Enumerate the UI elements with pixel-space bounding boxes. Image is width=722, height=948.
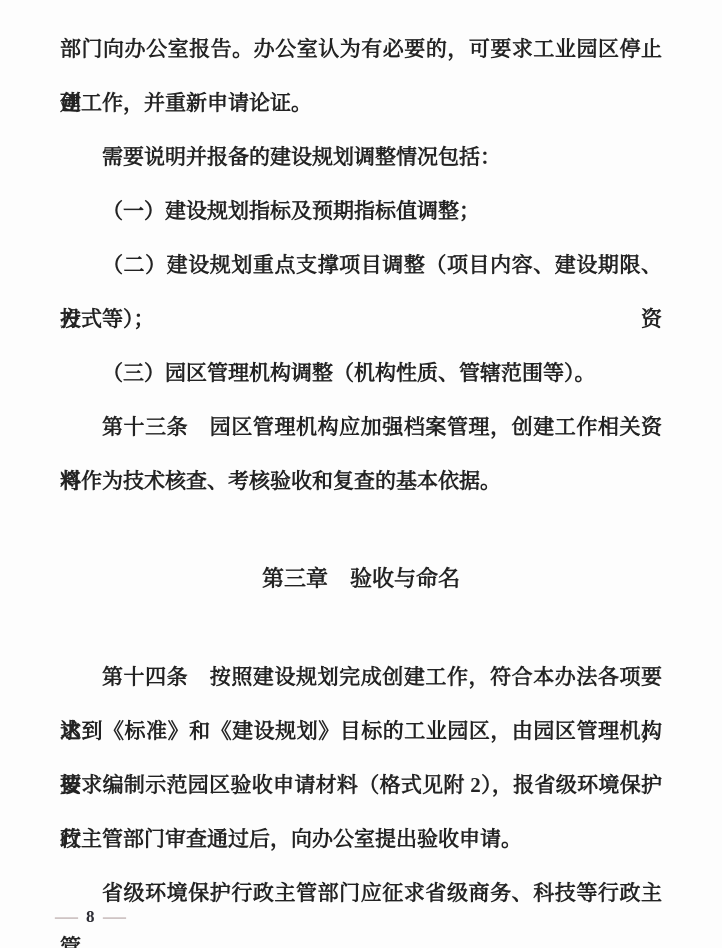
text-line: 政主管部门审查通过后，向办公室提出验收申请。 xyxy=(60,812,662,866)
text-line: 省级环境保护行政主管部门应征求省级商务、科技等行政主管 xyxy=(60,866,662,920)
footer-dash-left: — xyxy=(55,905,78,929)
text-line: 需要说明并报备的建设规划调整情况包括： xyxy=(60,130,662,184)
text-line: （三）园区管理机构调整（机构性质、管辖范围等）。 xyxy=(60,346,662,400)
text-line: （一）建设规划指标及预期指标值调整； xyxy=(60,184,662,238)
text-line: 将作为技术核查、考核验收和复查的基本依据。 xyxy=(60,454,662,508)
text-line: 要求编制示范园区验收申请材料（格式见附 2），报省级环境保护行 xyxy=(60,758,662,812)
text-line: （二）建设规划重点支撑项目调整（项目内容、建设期限、投资 xyxy=(60,238,662,292)
blank-line xyxy=(60,606,662,650)
text-line: 第十四条 按照建设规划完成创建工作，符合本办法各项要求， xyxy=(60,650,662,704)
section-heading: 第三章 验收与命名 xyxy=(60,552,662,606)
footer-dash-right: — xyxy=(103,905,126,929)
document-body: 部门向办公室报告。办公室认为有必要的，可要求工业园区停止创建工作，并重新申请论证… xyxy=(60,22,662,920)
page-number: 8 xyxy=(86,905,95,929)
page-footer: — 8 — xyxy=(58,905,123,929)
document-page: 部门向办公室报告。办公室认为有必要的，可要求工业园区停止创建工作，并重新申请论证… xyxy=(0,0,722,948)
text-line: 部门向办公室报告。办公室认为有必要的，可要求工业园区停止创 xyxy=(60,22,662,76)
text-line: 达到《标准》和《建设规划》目标的工业园区，由园区管理机构按 xyxy=(60,704,662,758)
text-line: 建工作，并重新申请论证。 xyxy=(60,76,662,130)
text-line: 第十三条 园区管理机构应加强档案管理，创建工作相关资料 xyxy=(60,400,662,454)
blank-line xyxy=(60,508,662,552)
